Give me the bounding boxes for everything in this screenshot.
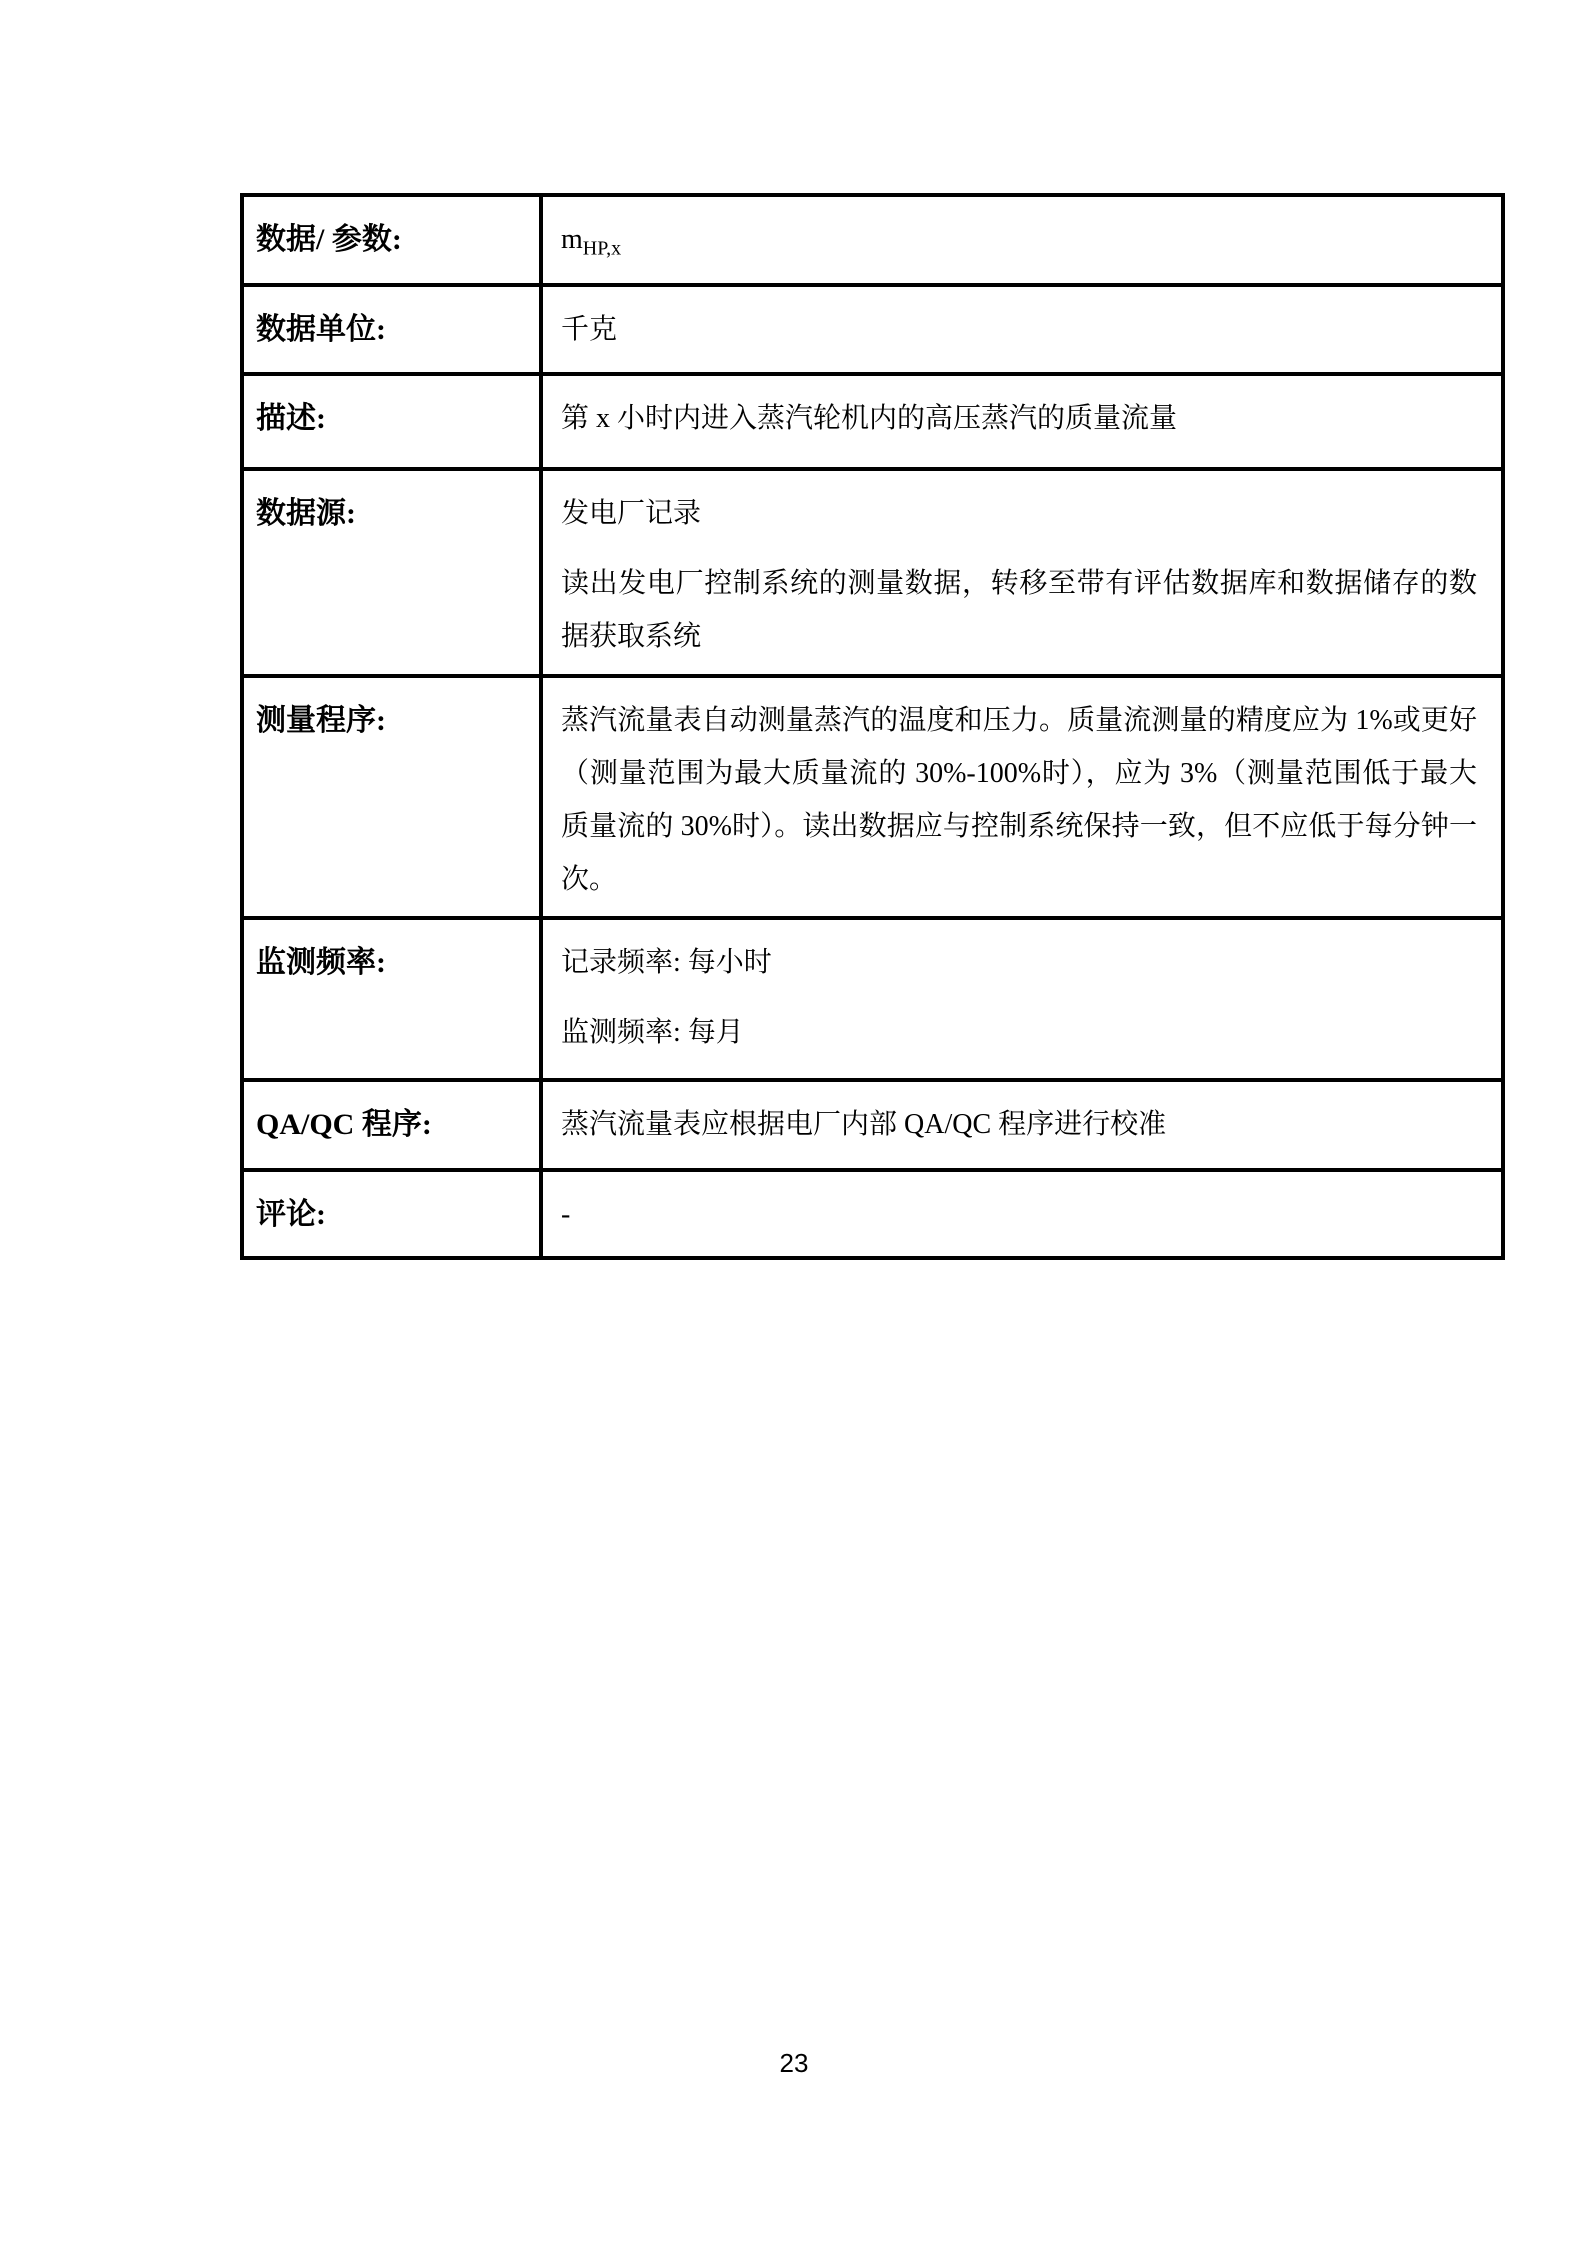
row-value-cell: 记录频率: 每小时 监测频率: 每月: [541, 918, 1503, 1080]
row-label: QA/QC 程序:: [256, 1098, 529, 1151]
table-row-data-parameter: 数据/ 参数: mHP,x: [242, 195, 1503, 285]
row-value-text: -: [561, 1188, 1477, 1241]
row-label-cell: 数据源:: [242, 469, 541, 676]
row-label-cell: 数据/ 参数:: [242, 195, 541, 285]
row-label: 数据单位:: [256, 303, 529, 356]
row-label: 评论:: [256, 1188, 529, 1241]
table-row-data-source: 数据源: 发电厂记录 读出发电厂控制系统的测量数据，转移至带有评估数据库和数据储…: [242, 469, 1503, 676]
row-value-text: 蒸汽流量表应根据电厂内部 QA/QC 程序进行校准: [561, 1098, 1477, 1151]
row-label: 数据/ 参数:: [256, 213, 529, 266]
row-label: 监测频率:: [256, 936, 529, 989]
row-label-cell: 数据单位:: [242, 285, 541, 374]
row-value-text: 监测频率: 每月: [561, 1006, 1477, 1059]
row-label-cell: 描述:: [242, 374, 541, 469]
row-label-cell: 测量程序:: [242, 676, 541, 918]
row-value-cell: 千克: [541, 285, 1503, 374]
row-label: 数据源:: [256, 487, 529, 540]
row-value-text: 记录频率: 每小时: [561, 936, 1477, 989]
page-number: 23: [0, 2048, 1588, 2079]
row-value-text: 读出发电厂控制系统的测量数据，转移至带有评估数据库和数据储存的数据获取系统: [561, 557, 1477, 663]
row-value-text: 第 x 小时内进入蒸汽轮机内的高压蒸汽的质量流量: [561, 392, 1477, 445]
row-value-cell: -: [541, 1170, 1503, 1258]
parameter-symbol-base: m: [561, 224, 583, 255]
parameter-symbol-subscript: HP,x: [583, 238, 621, 260]
parameter-table: 数据/ 参数: mHP,x 数据单位: 千克 描述: 第 x: [240, 193, 1505, 1260]
document-page: 数据/ 参数: mHP,x 数据单位: 千克 描述: 第 x: [0, 0, 1588, 2245]
table-row-qaqc-procedure: QA/QC 程序: 蒸汽流量表应根据电厂内部 QA/QC 程序进行校准: [242, 1080, 1503, 1170]
row-label-cell: QA/QC 程序:: [242, 1080, 541, 1170]
row-label: 描述:: [256, 392, 529, 445]
row-value-cell: 第 x 小时内进入蒸汽轮机内的高压蒸汽的质量流量: [541, 374, 1503, 469]
table-row-monitoring-frequency: 监测频率: 记录频率: 每小时 监测频率: 每月: [242, 918, 1503, 1080]
row-value-cell: 蒸汽流量表自动测量蒸汽的温度和压力。质量流测量的精度应为 1%或更好（测量范围为…: [541, 676, 1503, 918]
row-value-text: 蒸汽流量表自动测量蒸汽的温度和压力。质量流测量的精度应为 1%或更好（测量范围为…: [561, 694, 1477, 906]
row-label-cell: 监测频率:: [242, 918, 541, 1080]
row-value-text: 千克: [561, 303, 1477, 356]
row-label-cell: 评论:: [242, 1170, 541, 1258]
table-row-measurement-procedure: 测量程序: 蒸汽流量表自动测量蒸汽的温度和压力。质量流测量的精度应为 1%或更好…: [242, 676, 1503, 918]
row-value-cell: 发电厂记录 读出发电厂控制系统的测量数据，转移至带有评估数据库和数据储存的数据获…: [541, 469, 1503, 676]
row-value-cell: mHP,x: [541, 195, 1503, 285]
parameter-symbol: mHP,x: [561, 213, 1477, 266]
table-row-description: 描述: 第 x 小时内进入蒸汽轮机内的高压蒸汽的质量流量: [242, 374, 1503, 469]
table-row-data-unit: 数据单位: 千克: [242, 285, 1503, 374]
row-value-text: 发电厂记录: [561, 487, 1477, 540]
row-value-cell: 蒸汽流量表应根据电厂内部 QA/QC 程序进行校准: [541, 1080, 1503, 1170]
row-label: 测量程序:: [256, 694, 529, 747]
table-row-comment: 评论: -: [242, 1170, 1503, 1258]
